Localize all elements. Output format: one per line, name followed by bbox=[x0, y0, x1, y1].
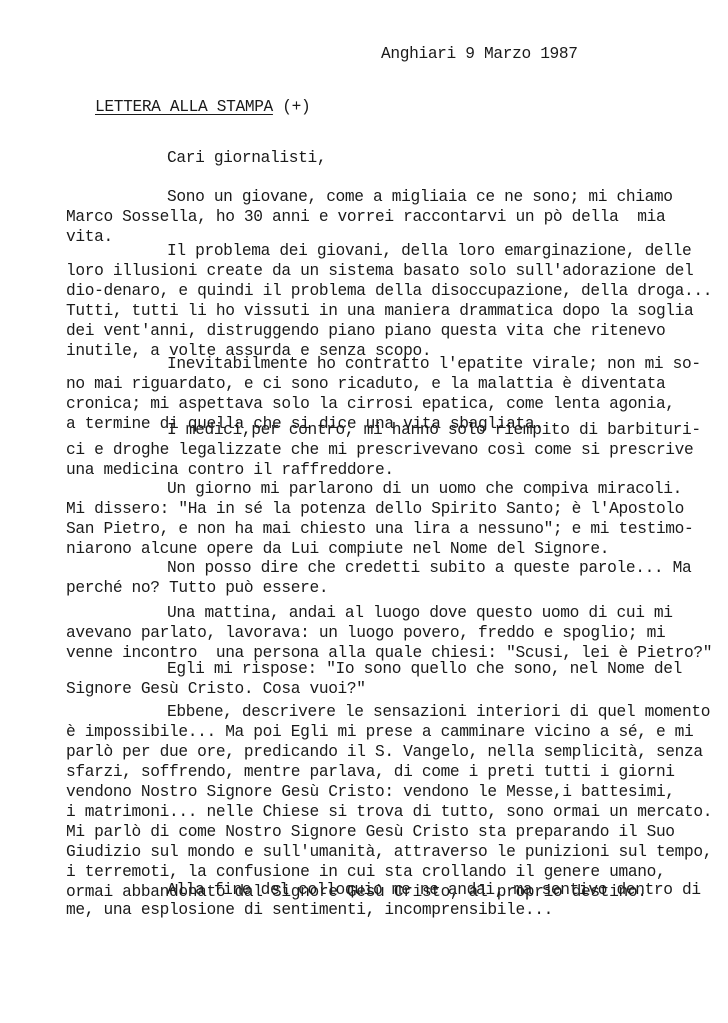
text-line: Tutti, tutti li ho vissuti in una manier… bbox=[66, 301, 716, 321]
text-line: parlò per due ore, predicando il S. Vang… bbox=[66, 742, 716, 762]
text-line: ci e droghe legalizzate che mi prescrive… bbox=[66, 440, 716, 460]
text-line: Mi dissero: "Ha in sé la potenza dello S… bbox=[66, 499, 716, 519]
text-line: me, una esplosione di sentimenti, incomp… bbox=[66, 900, 716, 920]
text-line: dio-denaro, e quindi il problema della d… bbox=[66, 281, 716, 301]
text-line: Non posso dire che credetti subito a que… bbox=[66, 558, 716, 578]
text-line: Ebbene, descrivere le sensazioni interio… bbox=[66, 702, 716, 722]
paragraph: Un giorno mi parlarono di un uomo che co… bbox=[66, 479, 716, 559]
paragraph: Una mattina, andai al luogo dove questo … bbox=[66, 603, 716, 663]
letter-date: Anghiari 9 Marzo 1987 bbox=[381, 44, 578, 64]
text-line: Mi parlò di come Nostro Signore Gesù Cri… bbox=[66, 822, 716, 842]
text-line: sfarzi, soffrendo, mentre parlava, di co… bbox=[66, 762, 716, 782]
text-line: San Pietro, e non ha mai chiesto una lir… bbox=[66, 519, 716, 539]
paragraph: Alla fine del colloquio me ne andai, ma … bbox=[66, 880, 716, 920]
text-line: è impossibile... Ma poi Egli mi prese a … bbox=[66, 722, 716, 742]
text-line: una medicina contro il raffreddore. bbox=[66, 460, 716, 480]
text-line: I medici,per contro, mi hanno solo riemp… bbox=[66, 420, 716, 440]
text-line: Giudizio sul mondo e sull'umanità, attra… bbox=[66, 842, 716, 862]
paragraph: Sono un giovane, come a migliaia ce ne s… bbox=[66, 187, 716, 247]
text-line: dei vent'anni, distruggendo piano piano … bbox=[66, 321, 716, 341]
text-line: loro illusioni create da un sistema basa… bbox=[66, 261, 716, 281]
salutation: Cari giornalisti, bbox=[167, 148, 326, 168]
text-line: Sono un giovane, come a migliaia ce ne s… bbox=[66, 187, 716, 207]
paragraph: Non posso dire che credetti subito a que… bbox=[66, 558, 716, 598]
text-line: Una mattina, andai al luogo dove questo … bbox=[66, 603, 716, 623]
text-line: cronica; mi aspettava solo la cirrosi ep… bbox=[66, 394, 716, 414]
paragraph: Ebbene, descrivere le sensazioni interio… bbox=[66, 702, 716, 902]
text-line: Marco Sossella, ho 30 anni e vorrei racc… bbox=[66, 207, 716, 227]
text-line: no mai riguardato, e ci sono ricaduto, e… bbox=[66, 374, 716, 394]
text-line: i matrimoni... nelle Chiese si trova di … bbox=[66, 802, 716, 822]
text-line: Il problema dei giovani, della loro emar… bbox=[66, 241, 716, 261]
text-line: Signore Gesù Cristo. Cosa vuoi?" bbox=[66, 679, 716, 699]
text-line: Inevitabilmente ho contratto l'epatite v… bbox=[66, 354, 716, 374]
paragraph: Il problema dei giovani, della loro emar… bbox=[66, 241, 716, 361]
text-line: Alla fine del colloquio me ne andai, ma … bbox=[66, 880, 716, 900]
letter-title-note-mark: (+) bbox=[273, 98, 310, 116]
text-line: niarono alcune opere da Lui compiute nel… bbox=[66, 539, 716, 559]
text-line: vendono Nostro Signore Gesù Cristo: vend… bbox=[66, 782, 716, 802]
text-line: perché no? Tutto può essere. bbox=[66, 578, 716, 598]
paragraph: Egli mi rispose: "Io sono quello che son… bbox=[66, 659, 716, 699]
paragraph: I medici,per contro, mi hanno solo riemp… bbox=[66, 420, 716, 480]
letter-title-text: LETTERA ALLA STAMPA bbox=[95, 98, 273, 116]
text-line: avevano parlato, lavorava: un luogo pove… bbox=[66, 623, 716, 643]
text-line: i terremoti, la confusione in cui sta cr… bbox=[66, 862, 716, 882]
letter-title: LETTERA ALLA STAMPA (+) bbox=[95, 97, 310, 117]
text-line: Egli mi rispose: "Io sono quello che son… bbox=[66, 659, 716, 679]
text-line: Un giorno mi parlarono di un uomo che co… bbox=[66, 479, 716, 499]
typewritten-letter-page: Anghiari 9 Marzo 1987 LETTERA ALLA STAMP… bbox=[0, 0, 728, 1023]
